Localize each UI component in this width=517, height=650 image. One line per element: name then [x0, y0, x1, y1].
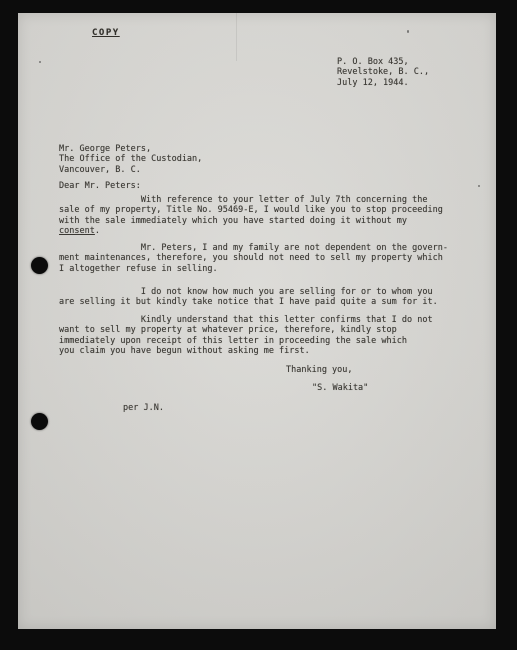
paragraph-1: With reference to your letter of July 7t…	[59, 195, 461, 237]
punch-hole-bottom	[31, 413, 48, 430]
paper-crease	[236, 13, 237, 61]
paragraph-1-period: .	[95, 226, 100, 236]
paragraph-4: Kindly understand that this letter confi…	[59, 315, 461, 357]
paragraph-1-body: With reference to your letter of July 7t…	[59, 195, 443, 226]
scan-speck	[478, 185, 480, 187]
paragraph-3: I do not know how much you are selling f…	[59, 287, 461, 308]
scan-speck	[39, 61, 41, 63]
per-initials: per J.N.	[123, 403, 164, 413]
salutation: Dear Mr. Peters:	[59, 181, 141, 191]
paragraph-2: Mr. Peters, I and my family are not depe…	[59, 243, 461, 274]
letter-page: COPY P. O. Box 435, Revelstoke, B. C., J…	[18, 13, 496, 629]
paragraph-1-underlined-word: consent	[59, 226, 95, 236]
copy-stamp: COPY	[92, 28, 120, 38]
punch-hole-top	[31, 257, 48, 274]
return-address: P. O. Box 435, Revelstoke, B. C., July 1…	[337, 57, 429, 88]
recipient-address: Mr. George Peters, The Office of the Cus…	[59, 144, 202, 175]
scan-speck	[407, 30, 409, 33]
signature: "S. Wakita"	[312, 383, 368, 393]
closing-line: Thanking you,	[286, 365, 353, 375]
